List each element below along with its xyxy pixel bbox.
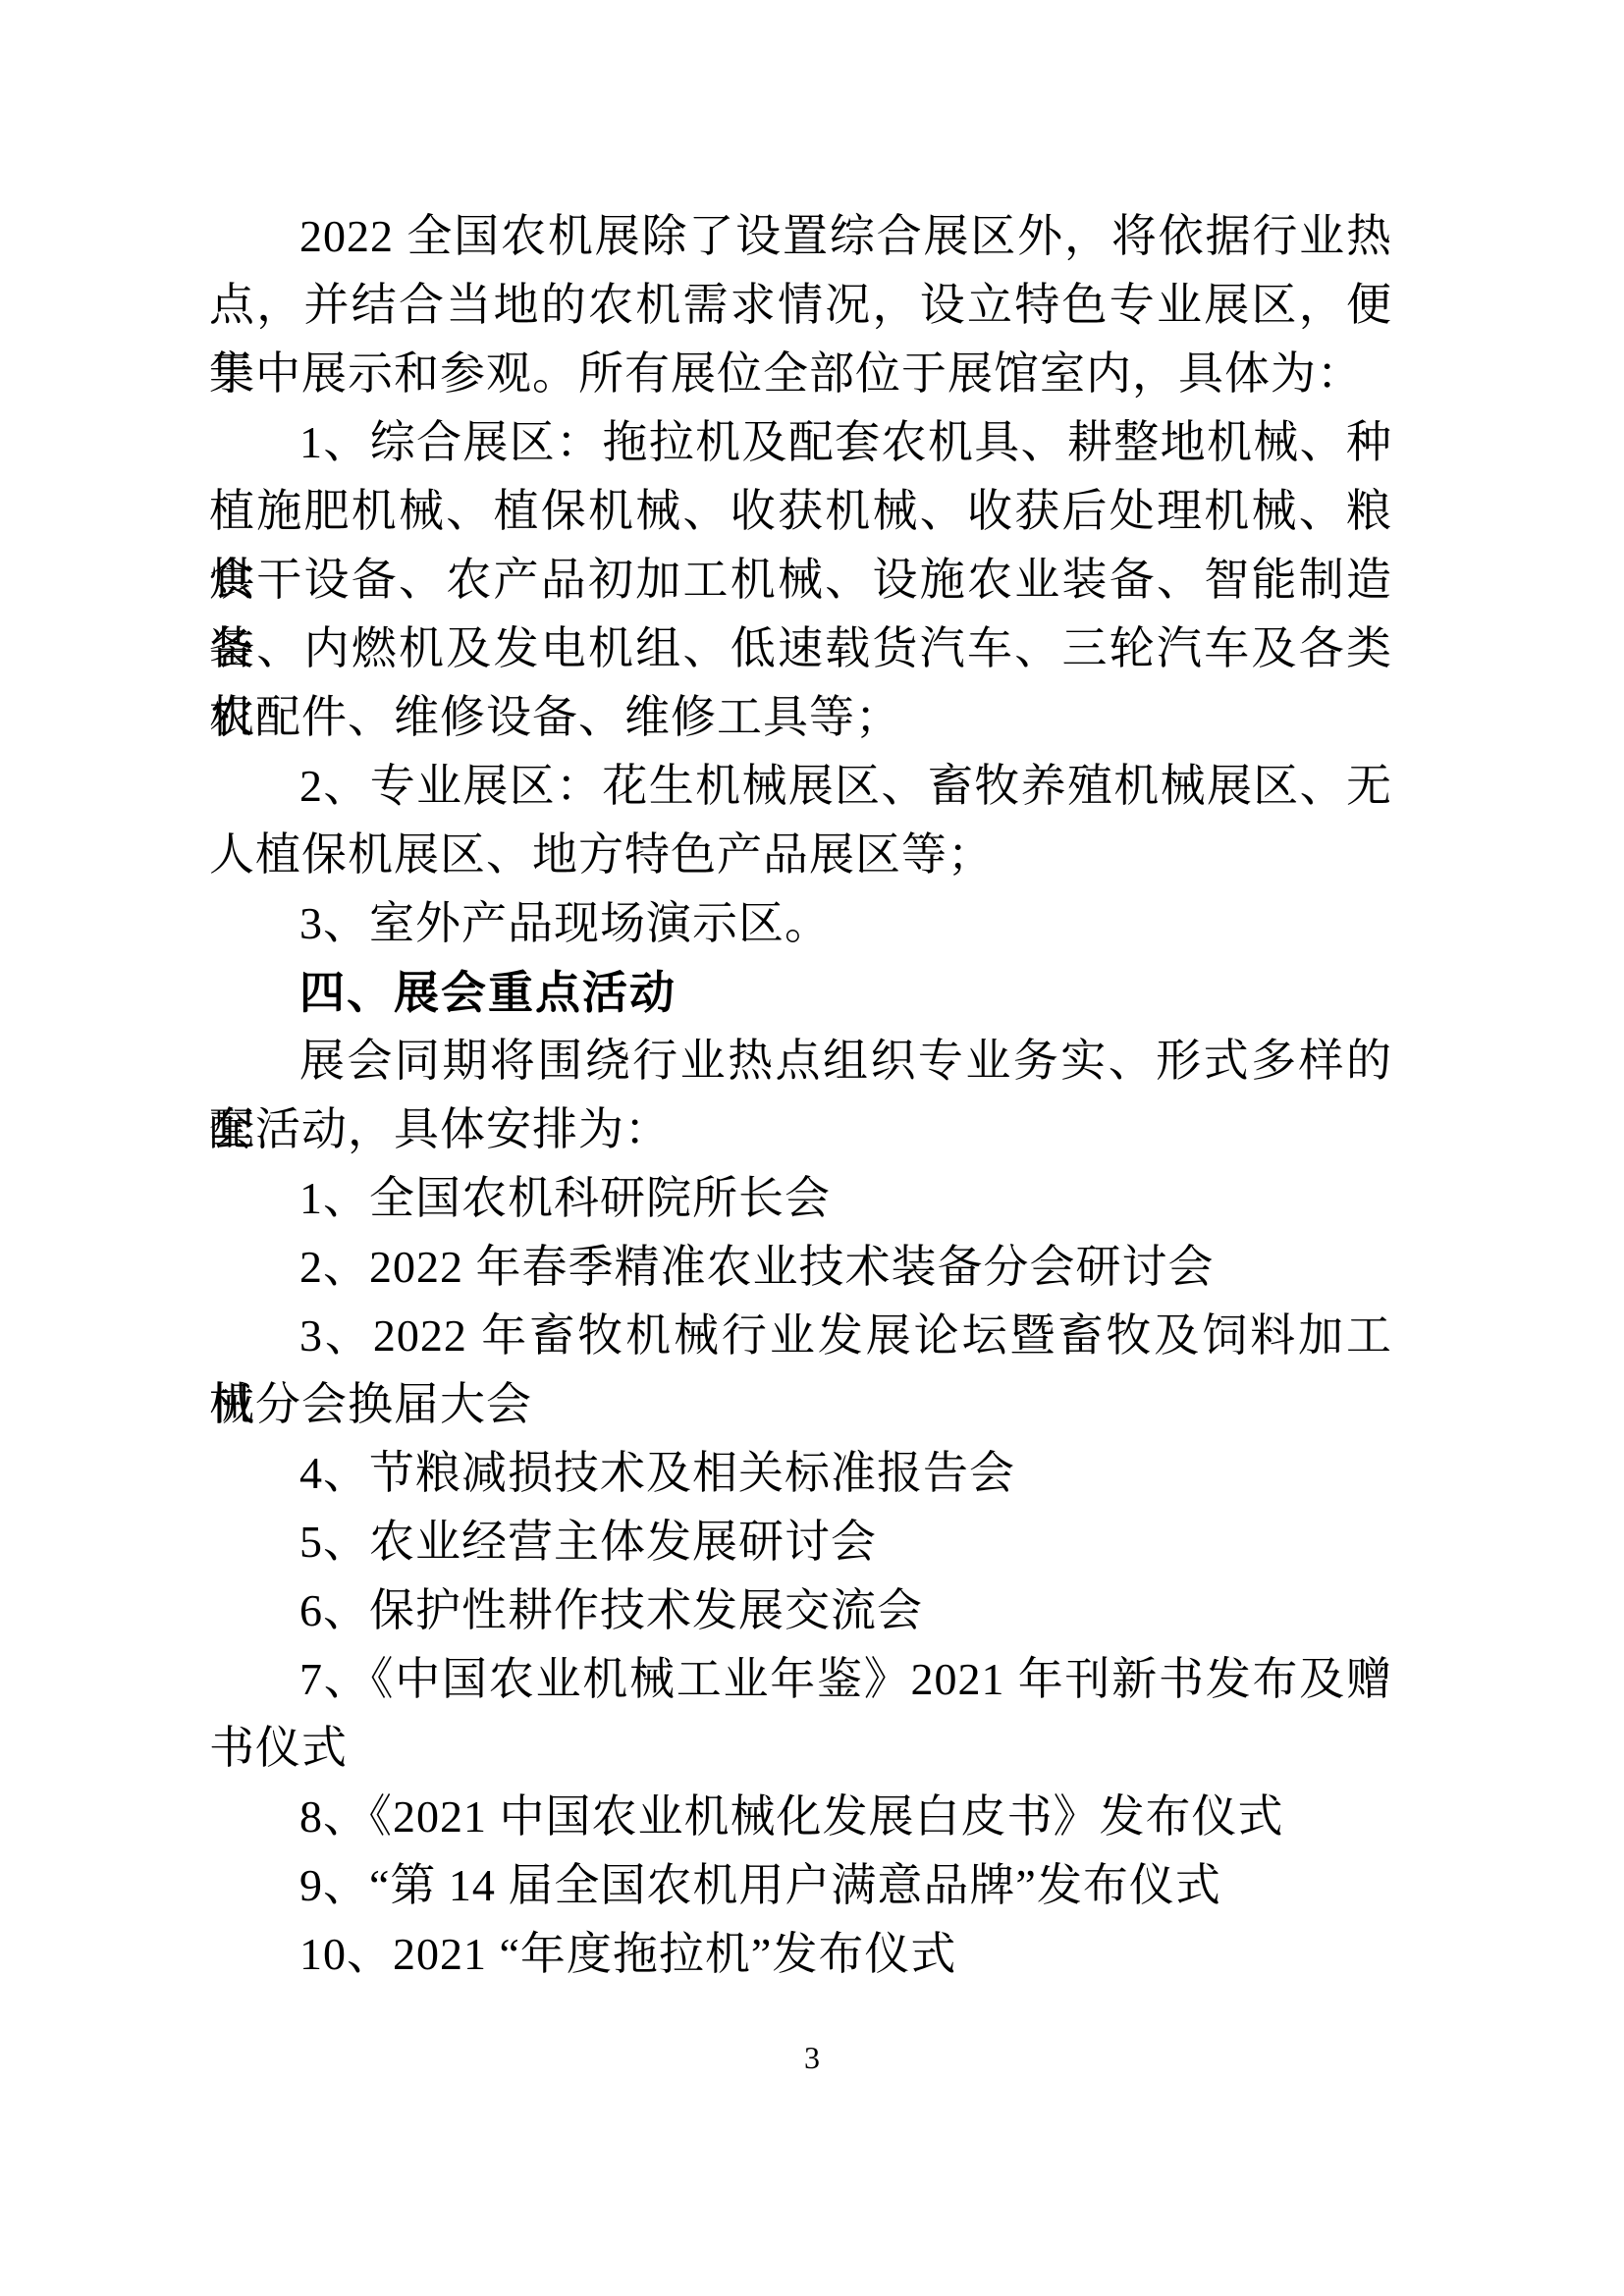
text-line: 1、全国农机科研院所长会 [209, 1164, 1392, 1233]
text-line: 机配件、维修设备、维修工具等； [209, 683, 1392, 752]
text-line: 烘干设备、农产品初加工机械、设施农业装备、智能制造装 [209, 546, 1392, 614]
text-line: 械分会换届大会 [209, 1370, 1392, 1439]
text-line: 4、节粮减损技术及相关标准报告会 [209, 1439, 1392, 1508]
text-line: 植施肥机械、植保机械、收获机械、收获后处理机械、粮食 [209, 477, 1392, 546]
page-number: 3 [0, 2038, 1624, 2077]
text-line: 2、2022 年春季精准农业技术装备分会研讨会 [209, 1233, 1392, 1302]
text-line: 书仪式 [209, 1714, 1392, 1783]
text-line: 备、内燃机及发电机组、低速载货汽车、三轮汽车及各类农 [209, 614, 1392, 683]
document-body: 2022 全国农机展除了设置综合展区外，将依据行业热点，并结合当地的农机需求情况… [209, 202, 1392, 1989]
text-line: 人植保机展区、地方特色产品展区等； [209, 821, 1392, 889]
text-line: 集中展示和参观。所有展位全部位于展馆室内，具体为： [209, 340, 1392, 408]
text-line: 6、保护性耕作技术发展交流会 [209, 1576, 1392, 1645]
text-line: 8、《2021 中国农业机械化发展白皮书》发布仪式 [209, 1783, 1392, 1851]
text-line: 7、《中国农业机械工业年鉴》2021 年刊新书发布及赠 [209, 1645, 1392, 1714]
text-line: 展会同期将围绕行业热点组织专业务实、形式多样的配 [209, 1027, 1392, 1095]
text-line: 2022 全国农机展除了设置综合展区外，将依据行业热 [209, 202, 1392, 271]
text-line: 1、综合展区：拖拉机及配套农机具、耕整地机械、种 [209, 408, 1392, 477]
text-line: 套活动，具体安排为： [209, 1095, 1392, 1164]
text-line: 2、专业展区：花生机械展区、畜牧养殖机械展区、无 [209, 752, 1392, 821]
document-page: 2022 全国农机展除了设置综合展区外，将依据行业热点，并结合当地的农机需求情况… [0, 0, 1624, 2296]
text-line: 点，并结合当地的农机需求情况，设立特色专业展区，便于 [209, 271, 1392, 340]
text-line: 5、农业经营主体发展研讨会 [209, 1508, 1392, 1576]
text-line: 10、2021 “年度拖拉机”发布仪式 [209, 1920, 1392, 1989]
text-line: 3、2022 年畜牧机械行业发展论坛暨畜牧及饲料加工机 [209, 1302, 1392, 1370]
text-line: 四、展会重点活动 [209, 958, 1392, 1027]
text-line: 9、“第 14 届全国农机用户满意品牌”发布仪式 [209, 1851, 1392, 1920]
text-line: 3、室外产品现场演示区。 [209, 889, 1392, 958]
